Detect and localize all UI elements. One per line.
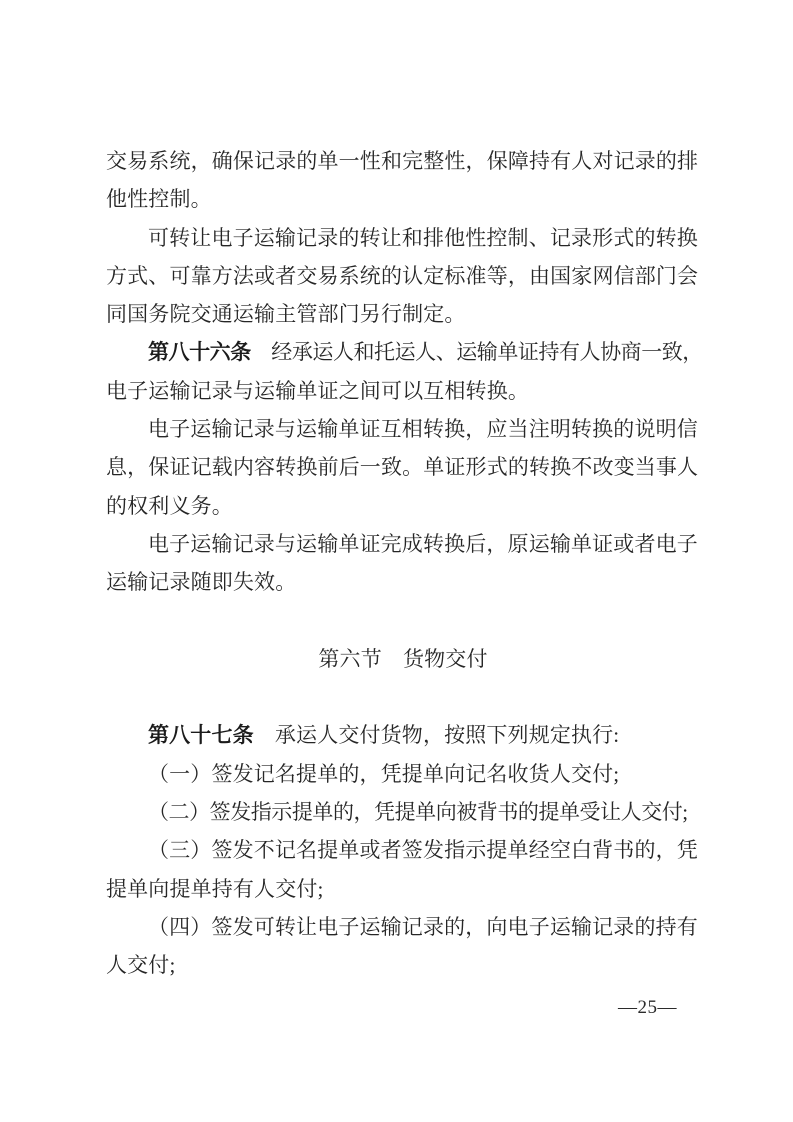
text-line: 运输记录随即失效。 <box>106 563 700 601</box>
text-line: （四）签发可转让电子运输记录的，向电子运输记录的持有 <box>106 908 700 946</box>
blank-line <box>106 678 700 716</box>
page-number: —25— <box>618 997 677 1019</box>
text-line: 提单向提单持有人交付; <box>106 870 700 908</box>
text-segment: （三）签发不记名提单或者签发指示提单经空白背书的，凭 <box>148 838 698 862</box>
text-segment: 息，保证记载内容转换前后一致。单证形式的转换不改变当事人 <box>106 455 698 479</box>
text-line: （二）签发指示提单的，凭提单向被背书的提单受让人交付; <box>106 793 700 831</box>
text-line: 方式、可靠方法或者交易系统的认定标准等，由国家网信部门会 <box>106 257 700 295</box>
text-segment: （二）签发指示提单的，凭提单向被背书的提单受让人交付; <box>148 800 688 824</box>
text-line: 可转让电子运输记录的转让和排他性控制、记录形式的转换 <box>106 219 700 257</box>
blank-line <box>106 602 700 640</box>
text-line: 电子运输记录与运输单证互相转换，应当注明转换的说明信 <box>106 410 700 448</box>
text-line: （三）签发不记名提单或者签发指示提单经空白背书的，凭 <box>106 831 700 869</box>
text-line: 的权利义务。 <box>106 487 700 525</box>
document-body: 交易系统，确保记录的单一性和完整性，保障持有人对记录的排他性控制。可转让电子运输… <box>106 142 700 985</box>
text-line: 第八十七条 承运人交付货物，按照下列规定执行: <box>106 716 700 754</box>
text-segment: 经承运人和托运人、运输单证持有人协商一致， <box>251 340 703 364</box>
text-segment: 可转让电子运输记录的转让和排他性控制、记录形式的转换 <box>148 226 698 250</box>
text-line: （一）签发记名提单的，凭提单向记名收货人交付; <box>106 755 700 793</box>
text-line: 人交付; <box>106 946 700 984</box>
text-segment: （一）签发记名提单的，凭提单向记名收货人交付; <box>148 762 619 786</box>
article-number-label: 第八十六条 <box>148 341 251 364</box>
document-page: 交易系统，确保记录的单一性和完整性，保障持有人对记录的排他性控制。可转让电子运输… <box>0 0 793 1122</box>
text-line: 交易系统，确保记录的单一性和完整性，保障持有人对记录的排 <box>106 142 700 180</box>
text-segment: 人交付; <box>106 953 175 977</box>
text-segment: 方式、可靠方法或者交易系统的认定标准等，由国家网信部门会 <box>106 264 698 288</box>
text-segment: 承运人交付货物，按照下列规定执行: <box>254 723 620 747</box>
text-segment: 电子运输记录与运输单证之间可以互相转换。 <box>106 379 529 403</box>
article-number-label: 第八十七条 <box>148 724 254 747</box>
text-line: 同国务院交通运输主管部门另行制定。 <box>106 295 700 333</box>
text-segment: 交易系统，确保记录的单一性和完整性，保障持有人对记录的排 <box>106 149 698 173</box>
text-segment: 同国务院交通运输主管部门另行制定。 <box>106 302 466 326</box>
text-segment: 的权利义务。 <box>106 494 233 518</box>
text-line: 他性控制。 <box>106 180 700 218</box>
text-segment: 第六节 货物交付 <box>318 647 487 671</box>
text-segment: 电子运输记录与运输单证完成转换后，原运输单证或者电子 <box>148 532 698 556</box>
text-segment: （四）签发可转让电子运输记录的，向电子运输记录的持有 <box>148 915 698 939</box>
section-heading: 第六节 货物交付 <box>106 640 700 678</box>
text-line: 第八十六条 经承运人和托运人、运输单证持有人协商一致， <box>106 333 700 371</box>
text-segment: 他性控制。 <box>106 187 212 211</box>
text-line: 电子运输记录与运输单证完成转换后，原运输单证或者电子 <box>106 525 700 563</box>
text-segment: 电子运输记录与运输单证互相转换，应当注明转换的说明信 <box>148 417 698 441</box>
text-segment: 提单向提单持有人交付; <box>106 877 323 901</box>
text-line: 电子运输记录与运输单证之间可以互相转换。 <box>106 372 700 410</box>
text-segment: 运输记录随即失效。 <box>106 570 296 594</box>
text-line: 息，保证记载内容转换前后一致。单证形式的转换不改变当事人 <box>106 448 700 486</box>
